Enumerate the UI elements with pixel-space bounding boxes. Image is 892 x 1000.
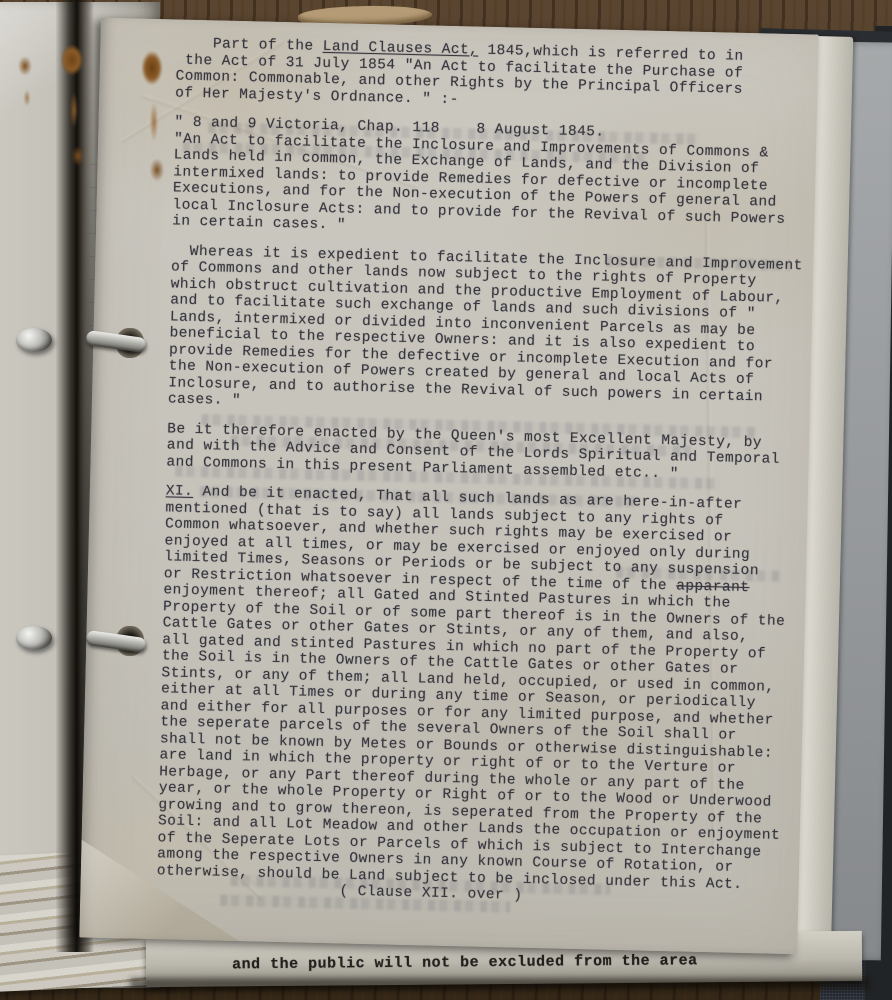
typewritten-page: Part of the Land Clauses Act, 1845,which…	[79, 18, 818, 955]
paragraph-preamble: Whereas it is expedient to facilitate th…	[168, 243, 788, 422]
rust-stain	[126, 42, 180, 202]
rust-stain	[10, 50, 40, 120]
typed-text: Part of the Land Clauses Act, 1845,which…	[156, 35, 792, 923]
paragraph-heading: Part of the Land Clauses Act, 1845,which…	[175, 35, 792, 115]
fastener-stud-top	[16, 328, 52, 352]
page-bottom-shadow	[130, 978, 870, 990]
photo-of-binder-page: and the public will not be excluded from…	[0, 0, 892, 1000]
paragraph-enactment: Be it therefore enacted by the Queen's m…	[166, 421, 783, 485]
next-page-text-line: and the public will not be excluded from…	[232, 952, 698, 973]
paragraph-clause-xi: XI. And be it enacted, That all such lan…	[156, 483, 782, 910]
fastener-stud-bottom	[16, 626, 52, 650]
rust-stain	[46, 38, 98, 188]
paragraph-act-citation: " 8 and 9 Victoria, Chap. 118 8 August 1…	[172, 114, 791, 244]
